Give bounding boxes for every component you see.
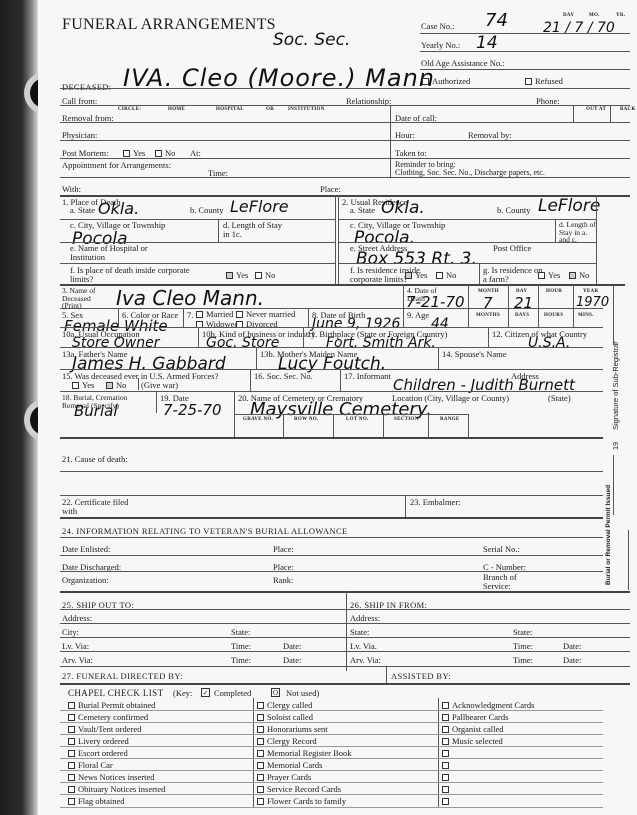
- day-header: DAY: [563, 13, 574, 18]
- cause-of-death-label: 21. Cause of death:: [62, 455, 128, 464]
- checkbox[interactable]: [68, 714, 75, 721]
- checklist-item-blank[interactable]: [442, 760, 452, 770]
- ship-out-arv-via-label: Arv. Via:: [62, 656, 93, 665]
- form-title: FUNERAL ARRANGEMENTS: [62, 16, 276, 34]
- post-mortem-no[interactable]: No: [155, 149, 175, 158]
- checkbox[interactable]: [442, 786, 449, 793]
- case-no-value[interactable]: 74: [485, 10, 508, 31]
- residence-limits-yes-checkbox[interactable]: [405, 272, 412, 279]
- residence-state-value[interactable]: Okla.: [381, 198, 425, 218]
- checklist-item-vault-tent[interactable]: Vault/Tent ordered: [68, 724, 141, 734]
- with-label: With:: [62, 185, 81, 194]
- checklist-item-music[interactable]: Music selected: [442, 736, 503, 746]
- yes-label: Yes: [548, 270, 560, 280]
- checklist-item-blank[interactable]: [442, 796, 452, 806]
- key-not-used-label: Not used): [286, 689, 319, 698]
- circle-home[interactable]: HOME: [168, 107, 185, 112]
- ship-in-state-label: State:: [350, 628, 369, 637]
- checkbox[interactable]: [68, 702, 75, 709]
- post-mortem-label: Post Mortem:: [62, 149, 109, 158]
- death-limits-label: f. Is place of death inside corporate li…: [70, 266, 200, 283]
- back-at-label: BACK AT: [620, 107, 637, 112]
- yes-label: Yes: [415, 270, 427, 280]
- checkbox[interactable]: [257, 714, 264, 721]
- item-label: News Notices inserted: [78, 772, 154, 782]
- branch-label: Branch of Service:: [483, 573, 533, 590]
- residence-farm-no[interactable]: No: [569, 271, 589, 280]
- key-completed-icon: ✓: [201, 688, 210, 697]
- certificate-label: 22. Certificate filed with: [62, 498, 142, 515]
- checkbox[interactable]: [442, 738, 449, 745]
- item-label: Clergy called: [267, 700, 312, 710]
- item-label: Flag obtained: [78, 796, 125, 806]
- taken-to-label: Taken to:: [395, 149, 427, 158]
- checkbox[interactable]: [257, 738, 264, 745]
- mins-col-header: MINS.: [578, 313, 594, 318]
- checkbox[interactable]: [68, 738, 75, 745]
- hours-col-header: HOURS: [544, 313, 563, 318]
- lot-no-header: LOT NO.: [346, 417, 369, 422]
- no-label: No: [116, 380, 126, 390]
- item-label: Memorial Cards: [267, 760, 322, 770]
- date-19-value[interactable]: 7-25-70: [163, 401, 222, 419]
- never-married-option[interactable]: Never married: [236, 310, 295, 319]
- date-enlisted-label: Date Enlisted:: [62, 545, 110, 554]
- circle-hospital[interactable]: HOSPITAL: [216, 107, 244, 112]
- ship-out-lv-via-label: Lv. Via:: [62, 642, 89, 651]
- age-label: 9. Age: [407, 311, 429, 320]
- armed-yes-option[interactable]: Yes: [72, 381, 94, 390]
- residence-limits-no-checkbox[interactable]: [436, 272, 443, 279]
- yes-label: Yes: [236, 270, 248, 280]
- hour-label: Hour:: [395, 131, 415, 140]
- ship-in-arv-time-label: Time:: [513, 656, 533, 665]
- checkbox[interactable]: [68, 774, 75, 781]
- checkbox[interactable]: [257, 762, 264, 769]
- checklist-item-obituary-notices[interactable]: Obituary Notices inserted: [68, 784, 165, 794]
- yearly-no-label: Yearly No.:: [421, 41, 460, 50]
- item-label: Vault/Tent ordered: [78, 724, 141, 734]
- item-label: Floral Car: [78, 760, 113, 770]
- funeral-arrangements-form: FUNERAL ARRANGEMENTS Soc. Sec. Case No.:…: [38, 0, 637, 815]
- death-state-label: a. State: [70, 206, 95, 215]
- grave-no-header: GRAVE NO.: [243, 417, 273, 422]
- hour-col-header: HOUR: [546, 289, 562, 294]
- name-print-value[interactable]: Iva Cleo Mann.: [116, 286, 264, 310]
- checkbox[interactable]: [257, 726, 264, 733]
- checklist-item-pallbearer[interactable]: Pallbearer Cards: [442, 712, 508, 722]
- residence-county-value[interactable]: LeFlore: [538, 196, 600, 216]
- checkbox[interactable]: [68, 762, 75, 769]
- death-limits-no-checkbox[interactable]: [255, 272, 262, 279]
- item-label: Pallbearer Cards: [452, 712, 508, 722]
- rank-label: Rank:: [273, 576, 293, 585]
- ship-in-address-label: Address:: [350, 614, 380, 623]
- death-county-label: b. County: [190, 206, 224, 215]
- checklist-item-flag[interactable]: Flag obtained: [68, 796, 125, 806]
- at-label: At:: [190, 149, 201, 158]
- married-label: Married: [206, 309, 233, 319]
- yes-label: Yes: [82, 380, 94, 390]
- embalmer-label: 23. Embalmer:: [410, 498, 461, 507]
- checklist-item-flower-cards[interactable]: Flower Cards to family: [257, 796, 346, 806]
- ship-in-arv-via-label: Arv. Via:: [350, 656, 381, 665]
- key-completed-label: Completed: [214, 689, 251, 698]
- never-married-checkbox[interactable]: [236, 311, 243, 318]
- range-header: RANGE: [440, 417, 460, 422]
- post-mortem-yes[interactable]: Yes: [123, 149, 145, 158]
- checklist-title: CHAPEL CHECK LIST: [68, 688, 163, 698]
- burial-permit-issued-label: Burial or Removal Permit Issued: [606, 485, 612, 585]
- section-header: SECTION: [394, 417, 419, 422]
- circle-label: CIRCLE:: [118, 107, 141, 112]
- authorized-checkbox[interactable]: [422, 78, 429, 85]
- never-married-label: Never married: [246, 309, 295, 319]
- ship-out-lv-time-label: Time:: [231, 642, 251, 651]
- item-label: Service Record Cards: [267, 784, 341, 794]
- checklist-item-escort[interactable]: Escort ordered: [68, 748, 128, 758]
- item-label: Livery ordered: [78, 736, 129, 746]
- checklist-item-memorial-cards[interactable]: Memorial Cards: [257, 760, 322, 770]
- checklist-item-memorial-register[interactable]: Memorial Register Book: [257, 748, 352, 758]
- checkbox[interactable]: [442, 750, 449, 757]
- checklist-key-prefix: (Key:: [173, 689, 192, 698]
- ship-in-lv-date-label: Date:: [563, 642, 581, 651]
- checkbox[interactable]: [442, 774, 449, 781]
- married-checkbox[interactable]: [196, 311, 203, 318]
- authorized-option[interactable]: Authorized: [422, 77, 470, 86]
- residence-county-label: b. County: [497, 206, 531, 215]
- disposition-value[interactable]: Burial: [74, 402, 118, 420]
- physician-label: Physician:: [62, 131, 97, 140]
- binder-edge: [0, 0, 38, 815]
- item-label: Escort ordered: [78, 748, 128, 758]
- checkbox[interactable]: [442, 762, 449, 769]
- death-month-value[interactable]: 7: [483, 294, 493, 312]
- armed-yes-checkbox[interactable]: [72, 382, 79, 389]
- checklist-item-burial-permit[interactable]: Burial Permit obtained: [68, 700, 155, 710]
- residence-farm-yes-checkbox[interactable]: [538, 272, 545, 279]
- no-label: No: [579, 270, 589, 280]
- key-not-used-icon: O: [271, 688, 280, 697]
- post-mortem-yes-checkbox[interactable]: [123, 150, 130, 157]
- organization-label: Organization:: [62, 576, 109, 585]
- spouse-label: 14. Spouse's Name: [442, 350, 507, 359]
- death-limits-yes-checkbox[interactable]: [226, 272, 233, 279]
- item-label: Honorariums sent: [267, 724, 328, 734]
- yearly-no-value[interactable]: 14: [476, 33, 498, 53]
- checklist-item-prayer-cards[interactable]: Prayer Cards: [257, 772, 311, 782]
- no-label: No: [265, 270, 275, 280]
- checkbox[interactable]: [442, 702, 449, 709]
- residence-limits-no[interactable]: No: [436, 271, 456, 280]
- checklist-item-service-record[interactable]: Service Record Cards: [257, 784, 341, 794]
- refused-checkbox[interactable]: [525, 78, 532, 85]
- serial-no-label: Serial No.:: [483, 545, 520, 554]
- death-county-value[interactable]: LeFlore: [230, 197, 289, 216]
- item-label: Organist called: [452, 724, 504, 734]
- post-mortem-no-checkbox[interactable]: [155, 150, 162, 157]
- location-label: Location (City, Village or County): [392, 394, 509, 403]
- item-label: Burial Permit obtained: [78, 700, 155, 710]
- citizen-value[interactable]: U.S.A.: [528, 335, 570, 351]
- item-label: Memorial Register Book: [267, 748, 352, 758]
- ship-out-lv-date-label: Date:: [283, 642, 301, 651]
- ship-out-arv-time-label: Time:: [231, 656, 251, 665]
- location-state-label: (State): [548, 394, 571, 403]
- enlisted-place-label: Place:: [273, 545, 294, 554]
- death-limits-no[interactable]: No: [255, 271, 275, 280]
- ssn-label: 16. Soc. Sec. No.: [254, 372, 313, 381]
- residence-limits-yes[interactable]: Yes: [405, 271, 427, 280]
- item-label: Flower Cards to family: [267, 796, 346, 806]
- checkbox[interactable]: [68, 798, 75, 805]
- death-limits-yes[interactable]: Yes: [226, 271, 248, 280]
- checkbox[interactable]: [68, 786, 75, 793]
- year-prefix-label: 19: [611, 442, 620, 450]
- ship-in-state2-label: State:: [513, 628, 532, 637]
- armed-no-option[interactable]: No: [106, 381, 126, 390]
- ship-out-address-label: Address:: [62, 614, 92, 623]
- checkbox[interactable]: [257, 786, 264, 793]
- ship-in-arv-date-label: Date:: [563, 656, 581, 665]
- item-label: Prayer Cards: [267, 772, 311, 782]
- death-hospital-label: e. Name of Hospital or Institution: [70, 244, 160, 261]
- checklist-item-floral-car[interactable]: Floral Car: [68, 760, 113, 770]
- checkbox[interactable]: [257, 750, 264, 757]
- month-header: MO.: [589, 13, 600, 18]
- days-col-header: DAYS: [515, 313, 529, 318]
- sub-registrar-signature-label: Signature of Sub-Registrar: [611, 341, 620, 430]
- checkbox[interactable]: [68, 726, 75, 733]
- removal-by-label: Removal by:: [468, 131, 512, 140]
- item-label: Soloist called: [267, 712, 313, 722]
- checklist-item-news-notices[interactable]: News Notices inserted: [68, 772, 154, 782]
- item-label: Cemetery confirmed: [78, 712, 148, 722]
- veteran-heading: 24. INFORMATION RELATING TO VETERAN'S BU…: [62, 526, 348, 536]
- checklist-item-livery[interactable]: Livery ordered: [68, 736, 129, 746]
- death-state-value[interactable]: Okla.: [98, 199, 139, 218]
- checkbox[interactable]: [442, 714, 449, 721]
- residence-farm-yes[interactable]: Yes: [538, 271, 560, 280]
- checkbox[interactable]: [442, 798, 449, 805]
- checkbox[interactable]: [68, 750, 75, 757]
- ship-out-city-label: City:: [62, 628, 79, 637]
- residence-stay-label: d. Length of Stay in a. and c.: [559, 221, 599, 244]
- row-no-header: ROW NO.: [294, 417, 319, 422]
- refused-option[interactable]: Refused: [525, 77, 563, 86]
- no-label: No: [446, 270, 456, 280]
- out-at-label: OUT AT: [586, 107, 606, 112]
- ship-out-arv-date-label: Date:: [283, 656, 301, 665]
- residence-farm-no-checkbox[interactable]: [569, 272, 576, 279]
- checklist-item-clergy-called[interactable]: Clergy called: [257, 700, 312, 710]
- checklist-item-blank[interactable]: [442, 784, 452, 794]
- permit-label-text: Burial or Removal Permit Issued: [605, 485, 612, 585]
- reminder-text: Clothing, Soc. Sec. No., Discharge paper…: [395, 169, 545, 177]
- ship-in-lv-time-label: Time:: [513, 642, 533, 651]
- married-option[interactable]: Married: [196, 310, 233, 319]
- checkbox[interactable]: [257, 702, 264, 709]
- item-label: Music selected: [452, 736, 503, 746]
- soc-sec-annotation: Soc. Sec.: [273, 30, 350, 50]
- informant-label: 17. Informant: [344, 372, 391, 381]
- place-label: Place:: [320, 185, 341, 194]
- death-day-value[interactable]: 21: [514, 294, 533, 312]
- item-label: Acknowledgment Cards: [452, 700, 534, 710]
- assisted-by-label: ASSISTED BY:: [391, 671, 451, 681]
- ship-in-lv-via-label: Lv. Via.: [350, 642, 377, 651]
- checklist-item-clergy-record[interactable]: Clergy Record: [257, 736, 317, 746]
- checklist-item-cemetery-confirmed[interactable]: Cemetery confirmed: [68, 712, 148, 722]
- item-label: Obituary Notices inserted: [78, 784, 165, 794]
- marital-label: 7.: [187, 311, 193, 320]
- year-header: YR.: [616, 13, 625, 18]
- directed-by-label: 27. FUNERAL DIRECTED BY:: [62, 671, 183, 681]
- checkbox[interactable]: [257, 798, 264, 805]
- checklist-item-acknowledgment[interactable]: Acknowledgment Cards: [442, 700, 534, 710]
- refused-label: Refused: [535, 76, 563, 86]
- checklist-item-honorariums[interactable]: Honorariums sent: [257, 724, 328, 734]
- ship-out-state-label: State:: [231, 628, 250, 637]
- no-label: No: [165, 148, 175, 158]
- armed-no-checkbox[interactable]: [106, 382, 113, 389]
- checklist-item-blank[interactable]: [442, 748, 452, 758]
- case-no-label: Case No.:: [421, 22, 455, 31]
- checklist-item-blank[interactable]: [442, 772, 452, 782]
- checkbox[interactable]: [442, 726, 449, 733]
- post-office-label: Post Office: [493, 244, 531, 253]
- circle-institution[interactable]: INSTITUTION: [288, 107, 325, 112]
- appointment-label: Appointment for Arrangements:: [62, 161, 171, 170]
- authorized-label: Authorized: [432, 76, 470, 86]
- circle-or: OR: [266, 107, 274, 112]
- death-stay-label: d. Length of Stay in 1c.: [223, 221, 285, 238]
- item-label: Clergy Record: [267, 736, 317, 746]
- name-print-label: 3. Name of Deceased (Print): [62, 287, 110, 310]
- checklist-item-soloist-called[interactable]: Soloist called: [257, 712, 313, 722]
- give-war-label: (Give war): [141, 381, 178, 390]
- yes-label: Yes: [133, 148, 145, 158]
- checkbox[interactable]: [257, 774, 264, 781]
- residence-state-label: a. State: [350, 206, 375, 215]
- months-col-header: MONTHS: [476, 313, 500, 318]
- year-col-header: YEAR: [583, 289, 598, 294]
- checklist-item-organist[interactable]: Organist called: [442, 724, 504, 734]
